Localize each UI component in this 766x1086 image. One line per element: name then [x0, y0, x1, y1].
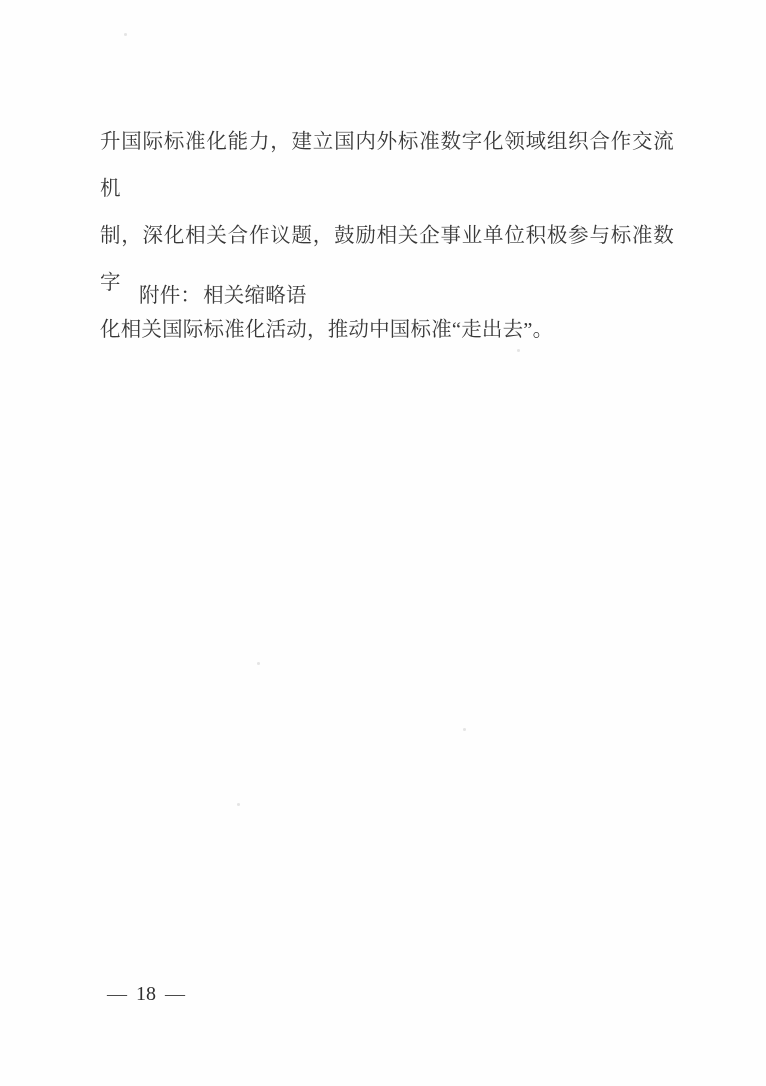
scanned-document-page: 升国际标准化能力，建立国内外标准数字化领域组织合作交流机 制，深化相关合作议题，… — [0, 0, 766, 1086]
scan-speck — [517, 349, 520, 352]
scan-speck — [124, 33, 127, 36]
attachment-title: 相关缩略语 — [203, 285, 307, 307]
body-paragraph: 升国际标准化能力，建立国内外标准数字化领域组织合作交流机 制，深化相关合作议题，… — [100, 119, 674, 354]
page-number-left-dash: — — [107, 983, 127, 1005]
paragraph-line-1: 升国际标准化能力，建立国内外标准数字化领域组织合作交流机 — [100, 119, 674, 213]
page-number: —18— — [107, 982, 185, 1006]
page-number-value: 18 — [136, 983, 156, 1005]
scan-speck — [257, 662, 260, 665]
scan-speck — [237, 803, 240, 806]
attachment-reference: 附件：相关缩略语 — [139, 283, 307, 309]
page-number-right-dash: — — [165, 983, 185, 1005]
paragraph-line-3: 化相关国际标准化活动，推动中国标准“走出去”。 — [100, 307, 674, 354]
attachment-label: 附件： — [139, 285, 201, 307]
scan-speck — [463, 728, 466, 731]
